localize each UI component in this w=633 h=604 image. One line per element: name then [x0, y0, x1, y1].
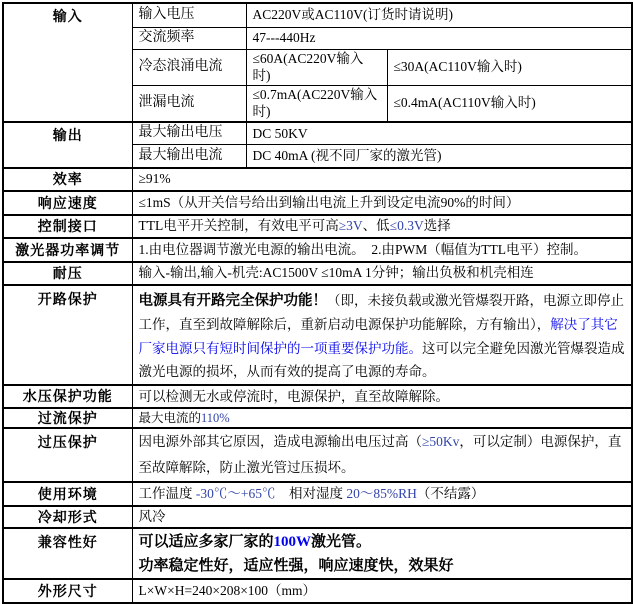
text-segment: 工作温度 [139, 486, 196, 501]
text-segment-wattage: 100W [274, 534, 312, 550]
text-segment-percent: 110% [201, 411, 230, 425]
label-overcurrent-protection: 过流保护 [3, 408, 132, 428]
value-inrush-current-110v: ≤30A(AC110V输入时) [387, 49, 632, 85]
row-efficiency: 效率 ≥91% [3, 168, 632, 191]
value-efficiency: ≥91% [132, 168, 632, 191]
text-segment: 激光管。 [311, 534, 371, 550]
label-control-interface: 控制接口 [3, 215, 132, 238]
compatibility-line-1: 可以适应多家厂家的100W激光管。 [139, 531, 626, 555]
value-max-output-current: DC 40mA (视不同厂家的激光管) [246, 145, 632, 168]
value-water-pressure-protection: 可以检测无水或停流时，电源保护，直至故障解除。 [132, 385, 632, 408]
section-label-input: 输入 [3, 3, 132, 122]
label-overvoltage-protection: 过压保护 [3, 428, 132, 482]
text-segment: 相对湿度 [275, 486, 346, 501]
text-segment-temperature-range: -30℃～+65℃ [196, 486, 276, 501]
value-cooling-method: 风冷 [132, 506, 632, 528]
subrow-label-input-voltage: 输入电压 [132, 3, 246, 27]
row-dimensions: 外形尺寸 L×W×H=240×208×100（mm） [3, 579, 632, 603]
value-laser-power-adjust: 1.由电位器调节激光电源的输出电流。 2.由PWM（幅值为TTL电平）控制。 [132, 238, 632, 262]
label-dimensions: 外形尺寸 [3, 579, 132, 603]
subrow-label-inrush-current: 冷态浪涌电流 [132, 49, 246, 85]
label-open-circuit-protection: 开路保护 [3, 285, 132, 385]
value-overcurrent-protection: 最大电流的110% [132, 408, 632, 428]
text-segment: 、低 [363, 218, 390, 233]
row-overvoltage-protection: 过压保护 因电源外部其它原因，造成电源输出电压过高（≥50Kv，可以定制）电源保… [3, 428, 632, 482]
text-segment: 可以适应多家厂家的 [139, 534, 274, 550]
value-operating-environment: 工作温度 -30℃～+65℃ 相对湿度 20～85%RH（不结露） [132, 482, 632, 506]
value-compatibility: 可以适应多家厂家的100W激光管。 功率稳定性好，适应性强，响应速度快，效果好 [132, 528, 632, 579]
label-cooling-method: 冷却形式 [3, 506, 132, 528]
laser-power-supply-spec-table: 输入 输入电压 AC220V或AC110V(订货时请说明) 交流频率 47---… [2, 2, 633, 604]
text-segment: 因电源外部其它原因，造成电源输出电压过高（ [139, 434, 423, 449]
spec-sheet-page: 输入 输入电压 AC220V或AC110V(订货时请说明) 交流频率 47---… [0, 0, 633, 566]
text-segment: 最大电流的 [139, 411, 202, 425]
row-water-pressure-protection: 水压保护功能 可以检测无水或停流时，电源保护，直至故障解除。 [3, 385, 632, 408]
subrow-label-ac-frequency: 交流频率 [132, 27, 246, 49]
row-input-voltage: 输入 输入电压 AC220V或AC110V(订货时请说明) [3, 3, 632, 27]
text-segment-humidity-range: 20～85%RH [346, 486, 417, 501]
row-operating-environment: 使用环境 工作温度 -30℃～+65℃ 相对湿度 20～85%RH（不结露） [3, 482, 632, 506]
value-leakage-current-220v: ≤0.7mA(AC220V输入时) [246, 85, 387, 122]
value-control-interface: TTL电平开关控制，有效电平可高≥3V、低≤0.3V选择 [132, 215, 632, 238]
label-operating-environment: 使用环境 [3, 482, 132, 506]
label-water-pressure-protection: 水压保护功能 [3, 385, 132, 408]
value-withstand-voltage: 输入-输出,输入-机壳:AC1500V ≤10mA 1分钟；输出负极和机壳相连 [132, 262, 632, 285]
text-segment: TTL电平开关控制，有效电平可高 [139, 218, 339, 233]
value-response-speed: ≤1mS（从开关信号给出到输出电流上升到设定电流90%的时间） [132, 191, 632, 215]
text-segment-voltage-limit: ≥50Kv [422, 434, 459, 449]
text-segment-level-high: ≥3V [339, 218, 363, 233]
row-overcurrent-protection: 过流保护 最大电流的110% [3, 408, 632, 428]
row-laser-power-adjust: 激光器功率调节 1.由电位器调节激光电源的输出电流。 2.由PWM（幅值为TTL… [3, 238, 632, 262]
subrow-label-max-output-current: 最大输出电流 [132, 145, 246, 168]
value-open-circuit-protection: 电源具有开路完全保护功能！（即，未接负载或激光管爆裂开路，电源立即停止工作，直至… [132, 285, 632, 385]
value-ac-frequency: 47---440Hz [246, 27, 632, 49]
value-input-voltage: AC220V或AC110V(订货时请说明) [246, 3, 632, 27]
text-segment: （不结露） [417, 486, 485, 501]
value-overvoltage-protection: 因电源外部其它原因，造成电源输出电压过高（≥50Kv，可以定制）电源保护，直至故… [132, 428, 632, 482]
row-open-circuit-protection: 开路保护 电源具有开路完全保护功能！（即，未接负载或激光管爆裂开路，电源立即停止… [3, 285, 632, 385]
row-control-interface: 控制接口 TTL电平开关控制，有效电平可高≥3V、低≤0.3V选择 [3, 215, 632, 238]
row-compatibility: 兼容性好 可以适应多家厂家的100W激光管。 功率稳定性好，适应性强，响应速度快… [3, 528, 632, 579]
label-compatibility: 兼容性好 [3, 528, 132, 579]
row-withstand-voltage: 耐压 输入-输出,输入-机壳:AC1500V ≤10mA 1分钟；输出负极和机壳… [3, 262, 632, 285]
value-inrush-current-220v: ≤60A(AC220V输入时) [246, 49, 387, 85]
subrow-label-leakage-current: 泄漏电流 [132, 85, 246, 122]
text-segment-lead-bold: 电源具有开路完全保护功能！ [139, 293, 328, 309]
text-segment: 选择 [424, 218, 451, 233]
value-leakage-current-110v: ≤0.4mA(AC110V输入时) [387, 85, 632, 122]
subrow-label-max-output-voltage: 最大输出电压 [132, 122, 246, 145]
section-label-output: 输出 [3, 122, 132, 168]
row-response-speed: 响应速度 ≤1mS（从开关信号给出到输出电流上升到设定电流90%的时间） [3, 191, 632, 215]
text-segment-level-low: ≤0.3V [390, 218, 424, 233]
label-withstand-voltage: 耐压 [3, 262, 132, 285]
label-efficiency: 效率 [3, 168, 132, 191]
compatibility-line-2: 功率稳定性好，适应性强，响应速度快，效果好 [139, 555, 626, 579]
label-laser-power-adjust: 激光器功率调节 [3, 238, 132, 262]
value-dimensions: L×W×H=240×208×100（mm） [132, 579, 632, 603]
row-max-output-voltage: 输出 最大输出电压 DC 50KV [3, 122, 632, 145]
label-response-speed: 响应速度 [3, 191, 132, 215]
row-cooling-method: 冷却形式 风冷 [3, 506, 632, 528]
value-max-output-voltage: DC 50KV [246, 122, 632, 145]
